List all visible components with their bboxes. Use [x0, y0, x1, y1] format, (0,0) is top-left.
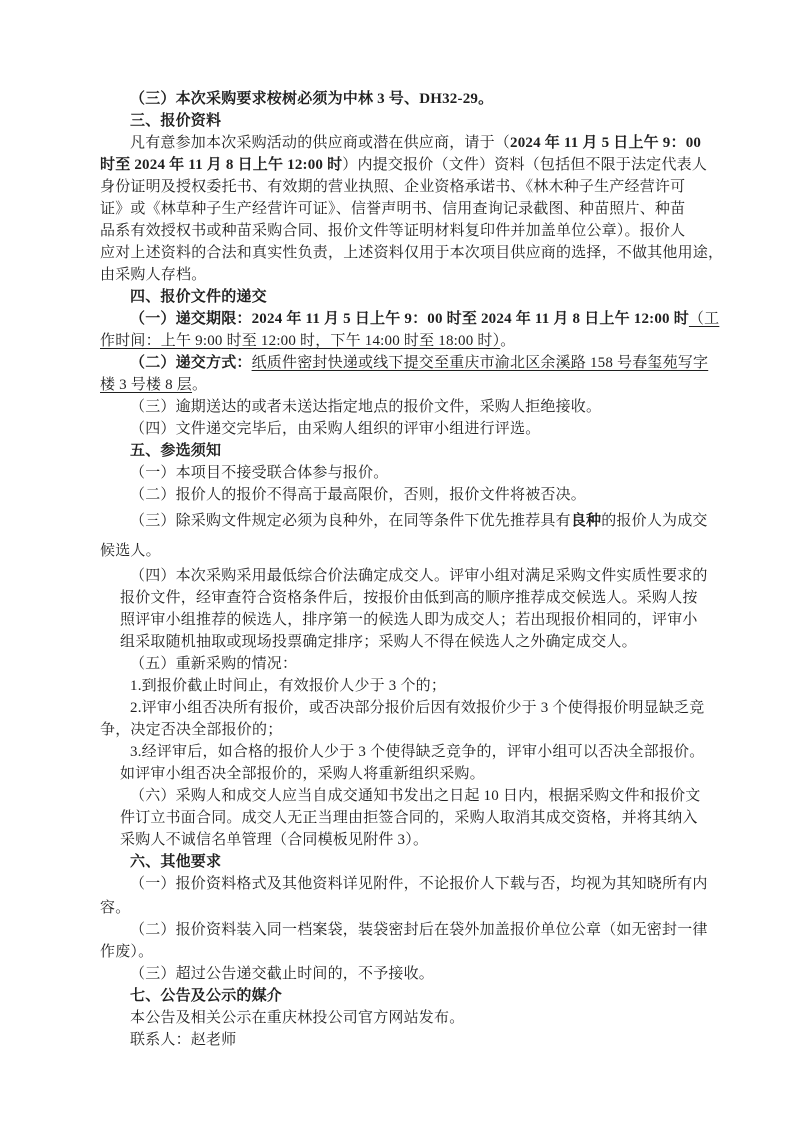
doc-text-segment: 候选人。	[100, 543, 161, 559]
doc-line: 四、报价文件的递交	[100, 286, 708, 308]
doc-text-segment: 品系有效授权书或种苗采购合同、报价文件等证明材料复印件并加盖单位公章）。报价人	[100, 223, 685, 239]
doc-line: 五、参选须知	[100, 440, 708, 462]
doc-line: 候选人。	[100, 540, 708, 562]
doc-text-segment: （三）本次采购要求桉树必须为中林 3 号、DH32-29。	[130, 91, 493, 107]
doc-line: 由采购人存档。	[100, 264, 708, 286]
doc-text-segment: 三、报价资料	[130, 113, 221, 129]
doc-text-segment: 报价文件，经审查符合资格条件后，按报价由低到高的顺序推荐成交候选人。采购人按	[120, 590, 698, 606]
doc-text-segment: （三）除采购文件规定必须为良种外，在同等条件下优先推荐具有	[130, 513, 571, 529]
doc-text-segment: 证》或《林草种子生产经营许可证》、信誉声明书、信用查询记录截图、种苗照片、种苗	[100, 201, 685, 217]
doc-line: （一）本项目不接受联合体参与报价。	[100, 462, 708, 484]
doc-text-segment: （一）递交期限：2024 年 11 月 5 日上午 9：00 时至 2024 年…	[130, 311, 689, 327]
doc-text-segment: 时至 2024 年 11 月 8 日上午 12:00 时	[100, 157, 342, 173]
doc-text-segment: 由采购人存档。	[100, 267, 206, 283]
doc-text-segment: 凡有意参加本次采购活动的供应商或潜在供应商，请于（	[130, 135, 510, 151]
doc-line: 三、报价资料	[100, 110, 708, 132]
doc-text-segment: 楼 3 号楼 8 层	[100, 377, 192, 393]
doc-line: 本公告及相关公示在重庆林投公司官方网站发布。	[100, 1007, 708, 1029]
doc-text-segment: 作时间：上午 9:00 时至 12:00 时，下午 14:00 时至 18:00…	[100, 333, 500, 349]
doc-text-segment: 争，决定否决全部报价的；	[100, 722, 282, 738]
doc-line: 2.评审小组否决所有报价，或否决部分报价后因有效报价少于 3 个使得报价明显缺乏…	[100, 697, 708, 719]
doc-line: 争，决定否决全部报价的；	[100, 719, 708, 741]
doc-line: （三）除采购文件规定必须为良种外，在同等条件下优先推荐具有良种的报价人为成交	[100, 510, 708, 532]
doc-line: （二）报价资料装入同一档案袋，装袋密封后在袋外加盖报价单位公章（如无密封一律	[100, 919, 708, 941]
doc-line: 3.经评审后，如合格的报价人少于 3 个使得缺乏竞争的，评审小组可以否决全部报价…	[100, 741, 708, 763]
doc-line: 采购人不诚信名单管理（合同模板见附件 3）。	[100, 829, 708, 851]
doc-text-segment: 六、其他要求	[130, 854, 221, 870]
doc-text-segment: 作废）。	[100, 944, 153, 960]
doc-text-segment: 的报价人为成交	[601, 513, 707, 529]
doc-text-segment: （六）采购人和成交人应当自成交通知书发出之日起 10 日内，根据采购文件和报价文	[130, 788, 701, 804]
doc-text-segment: ）内提交报价（文件）资料（包括但不限于法定代表人	[342, 157, 707, 173]
doc-line: 七、公告及公示的媒介	[100, 985, 708, 1007]
doc-line: （三）超过公告递交截止时间的，不予接收。	[100, 963, 708, 985]
doc-line: 报价文件，经审查符合资格条件后，按报价由低到高的顺序推荐成交候选人。采购人按	[100, 587, 708, 609]
doc-line: （一）报价资料格式及其他资料详见附件，不论报价人下载与否，均视为其知晓所有内	[100, 873, 708, 895]
doc-line: 1.到报价截止时间止，有效报价人少于 3 个的；	[100, 675, 708, 697]
doc-line: 应对上述资料的合法和真实性负责，上述资料仅用于本次项目供应商的选择，不做其他用途…	[100, 242, 708, 264]
doc-line: 联系人：赵老师	[100, 1029, 708, 1051]
doc-line: 作废）。	[100, 941, 708, 963]
doc-text-segment: 本公告及相关公示在重庆林投公司官方网站发布。	[130, 1010, 464, 1026]
doc-text-segment: （三）超过公告递交截止时间的，不予接收。	[130, 966, 434, 982]
doc-line: （四）本次采购采用最低综合价法确定成交人。评审小组对满足采购文件实质性要求的	[100, 565, 708, 587]
document-page: （三）本次采购要求桉树必须为中林 3 号、DH32-29。三、报价资料凡有意参加…	[0, 0, 800, 1132]
doc-line: （四）文件递交完毕后，由采购人组织的评审小组进行评选。	[100, 418, 708, 440]
doc-line: 证》或《林草种子生产经营许可证》、信誉声明书、信用查询记录截图、种苗照片、种苗	[100, 198, 708, 220]
doc-line: 如评审小组否决全部报价的，采购人将重新组织采购。	[100, 763, 708, 785]
doc-line: 时至 2024 年 11 月 8 日上午 12:00 时）内提交报价（文件）资料…	[100, 154, 708, 176]
doc-line: （三）逾期送达的或者未送达指定地点的报价文件，采购人拒绝接收。	[100, 396, 708, 418]
doc-text-segment: 采购人不诚信名单管理（合同模板见附件 3）。	[120, 832, 428, 848]
doc-text-segment: 。	[192, 377, 207, 393]
doc-text-segment: 应对上述资料的合法和真实性负责，上述资料仅用于本次项目供应商的选择，不做其他用途…	[100, 245, 723, 261]
doc-text-segment: 如评审小组否决全部报价的，采购人将重新组织采购。	[120, 766, 485, 782]
doc-text-segment: （一）本项目不接受联合体参与报价。	[130, 465, 388, 481]
doc-text-segment: 纸质件密封快递或线下提交至重庆市渝北区余溪路 158 号春玺苑写字	[252, 355, 709, 371]
doc-line: （二）报价人的报价不得高于最高限价，否则，报价文件将被否决。	[100, 484, 708, 506]
doc-line: 照评审小组推荐的候选人，排序第一的候选人即为成交人；若出现报价相同的，评审小	[100, 609, 708, 631]
doc-text-segment: 2024 年 11 月 5 日上午 9：00	[510, 135, 701, 151]
doc-text-segment: 3.经评审后，如合格的报价人少于 3 个使得缺乏竞争的，评审小组可以否决全部报价…	[130, 744, 704, 760]
doc-text-segment: 1.到报价截止时间止，有效报价人少于 3 个的；	[130, 678, 446, 694]
doc-line: （一）递交期限：2024 年 11 月 5 日上午 9：00 时至 2024 年…	[100, 308, 708, 330]
doc-line: 品系有效授权书或种苗采购合同、报价文件等证明材料复印件并加盖单位公章）。报价人	[100, 220, 708, 242]
doc-text-segment: （五）重新采购的情况：	[130, 656, 297, 672]
doc-line: 凡有意参加本次采购活动的供应商或潜在供应商，请于（2024 年 11 月 5 日…	[100, 132, 708, 154]
doc-text-segment: 件订立书面合同。成交人无正当理由拒签合同的，采购人取消其成交资格，并将其纳入	[120, 810, 698, 826]
doc-text-segment: （三）逾期送达的或者未送达指定地点的报价文件，采购人拒绝接收。	[130, 399, 601, 415]
doc-text-segment: （二）报价资料装入同一档案袋，装袋密封后在袋外加盖报价单位公章（如无密封一律	[130, 922, 708, 938]
doc-line: （三）本次采购要求桉树必须为中林 3 号、DH32-29。	[100, 88, 708, 110]
doc-text-segment: 2.评审小组否决所有报价，或否决部分报价后因有效报价少于 3 个使得报价明显缺乏…	[130, 700, 704, 716]
doc-line: （六）采购人和成交人应当自成交通知书发出之日起 10 日内，根据采购文件和报价文	[100, 785, 708, 807]
doc-line: （五）重新采购的情况：	[100, 653, 708, 675]
document-content: （三）本次采购要求桉树必须为中林 3 号、DH32-29。三、报价资料凡有意参加…	[100, 88, 708, 1051]
doc-line: 作时间：上午 9:00 时至 12:00 时，下午 14:00 时至 18:00…	[100, 330, 708, 352]
doc-text-segment: 联系人：赵老师	[130, 1032, 236, 1048]
doc-line: 楼 3 号楼 8 层。	[100, 374, 708, 396]
doc-text-segment: 身份证明及授权委托书、有效期的营业执照、企业资格承诺书、《林木种子生产经营许可	[100, 179, 685, 195]
doc-text-segment: 良种	[571, 513, 601, 529]
doc-text-segment: （二）报价人的报价不得高于最高限价，否则，报价文件将被否决。	[130, 487, 586, 503]
doc-text-segment: 七、公告及公示的媒介	[130, 988, 282, 1004]
doc-text-segment: （二）递交方式：	[130, 355, 252, 371]
doc-text-segment: 组采取随机抽取或现场投票确定排序；采购人不得在候选人之外确定成交人。	[120, 634, 637, 650]
doc-line: 件订立书面合同。成交人无正当理由拒签合同的，采购人取消其成交资格，并将其纳入	[100, 807, 708, 829]
doc-line: 容。	[100, 897, 708, 919]
doc-text-segment: 容。	[100, 900, 130, 916]
doc-text-segment: 照评审小组推荐的候选人，排序第一的候选人即为成交人；若出现报价相同的，评审小	[120, 612, 698, 628]
doc-text-segment: （工	[689, 311, 719, 327]
doc-text-segment: 。	[500, 333, 515, 349]
doc-text-segment: （四）本次采购采用最低综合价法确定成交人。评审小组对满足采购文件实质性要求的	[130, 568, 708, 584]
doc-line: 组采取随机抽取或现场投票确定排序；采购人不得在候选人之外确定成交人。	[100, 631, 708, 653]
doc-line: 六、其他要求	[100, 851, 708, 873]
doc-text-segment: 四、报价文件的递交	[130, 289, 267, 305]
doc-text-segment: （四）文件递交完毕后，由采购人组织的评审小组进行评选。	[130, 421, 540, 437]
doc-text-segment: （一）报价资料格式及其他资料详见附件，不论报价人下载与否，均视为其知晓所有内	[130, 876, 708, 892]
doc-line: （二）递交方式：纸质件密封快递或线下提交至重庆市渝北区余溪路 158 号春玺苑写…	[100, 352, 708, 374]
doc-line: 身份证明及授权委托书、有效期的营业执照、企业资格承诺书、《林木种子生产经营许可	[100, 176, 708, 198]
doc-text-segment: 五、参选须知	[130, 443, 221, 459]
